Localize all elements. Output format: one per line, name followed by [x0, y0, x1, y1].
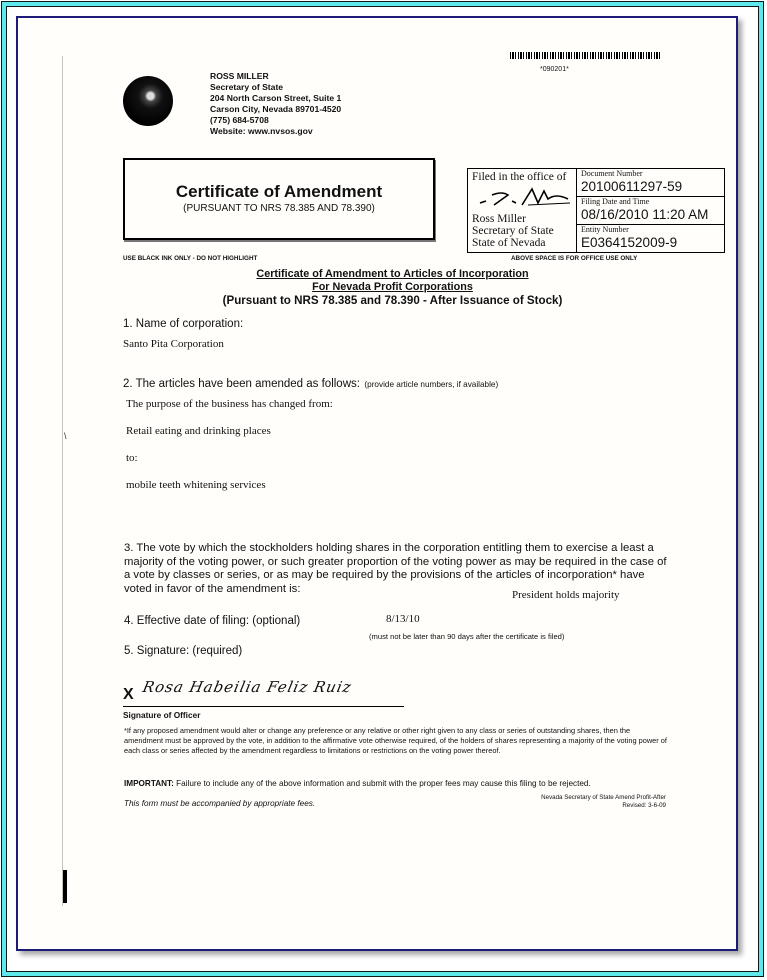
- important-label: IMPORTANT:: [124, 779, 174, 788]
- scan-mark: \: [64, 431, 67, 441]
- corporation-name-value: Santo Pita Corporation: [123, 338, 224, 350]
- official-name: Ross Miller: [472, 213, 572, 225]
- vote-value: President holds majority: [512, 589, 620, 601]
- filing-date-value: 08/16/2010 11:20 AM: [581, 206, 720, 223]
- official-signature: [472, 183, 572, 213]
- important-text: Failure to include any of the above info…: [176, 779, 591, 788]
- sender-phone: (775) 684-5708: [210, 115, 341, 126]
- sender-address1: 204 North Carson Street, Suite 1: [210, 93, 341, 104]
- heading-line2: For Nevada Profit Corporations: [110, 281, 675, 294]
- office-use-note: ABOVE SPACE IS FOR OFFICE USE ONLY: [511, 255, 637, 262]
- ink-note: USE BLACK INK ONLY - DO NOT HIGHLIGHT: [123, 255, 257, 262]
- q5-label: 5. Signature: (required): [124, 645, 242, 657]
- heading-line1: Certificate of Amendment to Articles of …: [110, 268, 675, 281]
- form-id-line2: Revised: 3-6-09: [470, 802, 666, 810]
- q2-note: (provide article numbers, if available): [364, 380, 498, 389]
- document-number-value: 20100611297-59: [581, 178, 720, 195]
- filed-office-cell: Filed in the office of Ross Miller Secre…: [468, 169, 577, 252]
- amendment-line3: to:: [126, 452, 138, 464]
- filing-date-label: Filing Date and Time: [581, 198, 720, 206]
- filing-stamp-box: Filed in the office of Ross Miller Secre…: [467, 168, 725, 253]
- form-subtitle: (PURSUANT TO NRS 78.385 AND 78.390): [125, 203, 433, 214]
- q3-label: 3. The vote by which the stockholders ho…: [124, 542, 669, 596]
- amendment-line4: mobile teeth whitening services: [126, 479, 266, 491]
- barcode-number: *090201*: [540, 66, 569, 73]
- barcode: [510, 52, 660, 59]
- sender-block: ROSS MILLER Secretary of State 204 North…: [210, 71, 341, 137]
- official-state: State of Nevada: [472, 237, 572, 249]
- important-row: IMPORTANT: Failure to include any of the…: [124, 779, 591, 788]
- heading-line3: (Pursuant to NRS 78.385 and 78.390 - Aft…: [110, 294, 675, 307]
- effective-date-value: 8/13/10: [386, 613, 420, 625]
- scan-edge-line: [62, 56, 63, 906]
- scan-edge-bar: [63, 870, 67, 903]
- amendment-line1: The purpose of the business has changed …: [126, 398, 333, 410]
- q2-label: 2. The articles have been amended as fol…: [123, 378, 360, 390]
- sender-name: ROSS MILLER: [210, 71, 341, 82]
- document-number-label: Document Number: [581, 170, 720, 178]
- signature-line: [123, 706, 404, 707]
- entity-number-value: E0364152009-9: [581, 234, 720, 251]
- entity-number-cell: Entity Number E0364152009-9: [577, 225, 724, 253]
- form-id: Nevada Secretary of State Amend Profit-A…: [470, 794, 666, 810]
- official-title: Secretary of State: [472, 225, 572, 237]
- title-box: Certificate of Amendment (PURSUANT TO NR…: [123, 158, 435, 240]
- sender-website: Website: www.nvsos.gov: [210, 126, 341, 137]
- document-number-cell: Document Number 20100611297-59: [577, 169, 724, 197]
- filed-label: Filed in the office of: [472, 171, 572, 183]
- q4-label: 4. Effective date of filing: (optional): [124, 615, 300, 627]
- form-title: Certificate of Amendment: [125, 182, 433, 202]
- filing-date-cell: Filing Date and Time 08/16/2010 11:20 AM: [577, 197, 724, 225]
- sender-title: Secretary of State: [210, 82, 341, 93]
- state-seal-icon: [123, 76, 173, 126]
- officer-signature: Rosa Habeilia Feliz Ruiz: [141, 678, 354, 696]
- form-id-line1: Nevada Secretary of State Amend Profit-A…: [470, 794, 666, 802]
- amendment-line2: Retail eating and drinking places: [126, 425, 271, 437]
- q4-note: (must not be later than 90 days after th…: [369, 632, 564, 641]
- sender-address2: Carson City, Nevada 89701-4520: [210, 104, 341, 115]
- q1-label: 1. Name of corporation:: [123, 318, 243, 330]
- q2-row: 2. The articles have been amended as fol…: [123, 374, 498, 392]
- signature-label: Signature of Officer: [123, 710, 200, 720]
- footnote: *If any proposed amendment would alter o…: [124, 726, 669, 755]
- section-headings: Certificate of Amendment to Articles of …: [110, 268, 675, 307]
- signature-x: X: [123, 686, 134, 704]
- document-page: [16, 16, 738, 951]
- filing-details: Document Number 20100611297-59 Filing Da…: [577, 169, 724, 252]
- entity-number-label: Entity Number: [581, 226, 720, 234]
- fees-note: This form must be accompanied by appropr…: [124, 799, 315, 808]
